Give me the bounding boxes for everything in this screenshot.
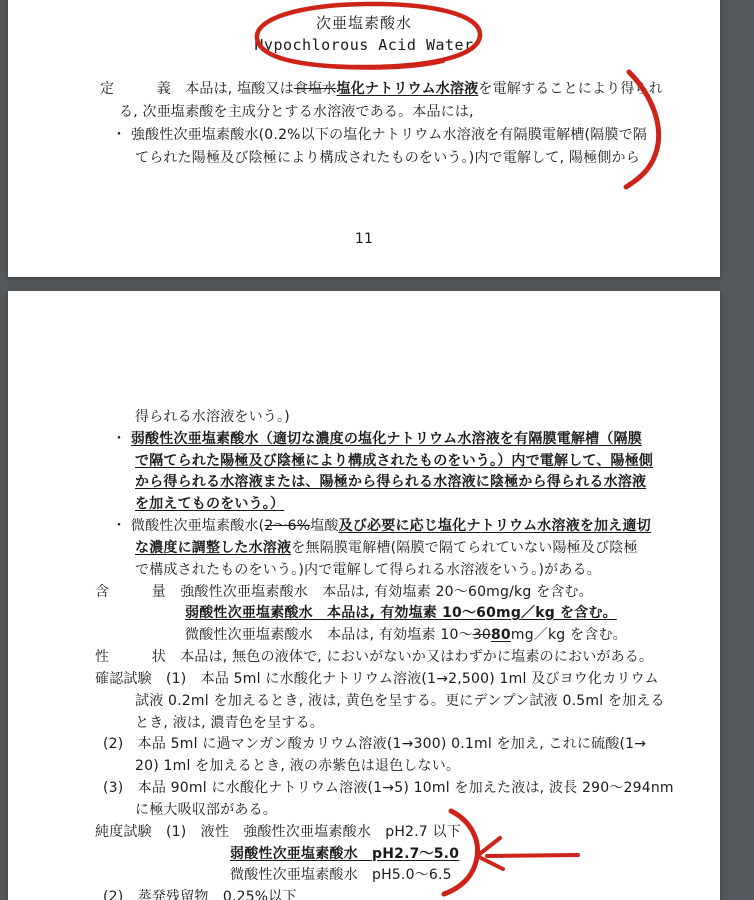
definition-line-4: てられた陽極及び陰極により構成されたものをいう。)内で電解して, 陽極側から	[135, 147, 640, 170]
definition-line-3: ・ 強酸性次亜塩素酸水(0.2%以下の塩化ナトリウム水溶液を有隔膜電解槽(隔膜で…	[112, 124, 647, 147]
confirmation-test-line: とき, 液は, 濃青色を呈する。	[135, 712, 324, 734]
page-title-english: Hypochlorous Acid Water	[8, 34, 720, 56]
purity-test-line: 微酸性次亜塩素酸水 pH5.0～6.5	[230, 864, 452, 886]
text-run: mg／kg を含む。	[511, 627, 627, 643]
inserted-text: 塩化ナトリウム水溶液	[337, 81, 479, 97]
page-title-japanese: 次亜塩素酸水	[8, 12, 720, 34]
deleted-text: 食塩水	[294, 81, 337, 97]
purity-test-line: 純度試験 (1) 液性 強酸性次亜塩素酸水 pH2.7 以下	[95, 821, 461, 843]
properties-line: 性 状 本品は, 無色の液体で, においがないか又はわずかに塩素のにおいがある。	[95, 646, 653, 668]
inserted-text: から得られる水溶液または、陽極から得られる水溶液に陰極から得られる水溶液	[135, 474, 646, 490]
inserted-text: 弱酸性次亜塩素酸水 本品は, 有効塩素 10～60mg／kg を含む。	[185, 605, 617, 621]
document-page-2: 得られる水溶液をいう。) ・ 弱酸性次亜塩素酸水（適切な濃度の塩化ナトリウム水溶…	[8, 291, 720, 900]
body-line: を加えてものをいう。）	[135, 493, 284, 515]
body-line: から得られる水溶液または、陽極から得られる水溶液に陰極から得られる水溶液	[135, 471, 646, 493]
deleted-text: 30	[473, 627, 491, 643]
inserted-text: 及び必要に応じ塩化ナトリウム水溶液を加え適切	[339, 518, 651, 534]
content-section-line: 弱酸性次亜塩素酸水 本品は, 有効塩素 10～60mg／kg を含む。	[185, 602, 617, 624]
body-line: な濃度に調整した水溶液を無隔膜電解槽(隔膜で隔てられていない陽極及び陰極	[135, 537, 638, 559]
text-run: 微酸性次亜塩素酸水 本品は, 有効塩素 10～	[185, 627, 473, 643]
confirmation-test-line: (3) 本品 90ml に水酸化ナトリウム溶液(1→5) 10ml を加えた液は…	[103, 777, 674, 799]
inserted-text: な濃度に調整した水溶液	[135, 540, 291, 556]
definition-line-2: る, 次亜塩素酸を主成分とする水溶液である。本品には,	[119, 101, 474, 124]
confirmation-test-line: 確認試験 (1) 本品 5ml に水酸化ナトリウム溶液(1→2,500) 1ml…	[95, 668, 659, 690]
confirmation-test-line: 試液 0.2ml を加えるとき, 液は, 黄色を呈する。更にデンプン試液 0.5…	[135, 690, 665, 712]
page-number: 11	[8, 228, 720, 250]
document-viewer: { "viewer": { "background_color": "#5458…	[0, 0, 754, 900]
document-page-1: 次亜塩素酸水 Hypochlorous Acid Water 定 義 本品は, …	[8, 0, 720, 277]
text-run: を電解することにより得られ	[478, 81, 663, 97]
body-line: で構成されたものをいう。)内で電解して得られる水溶液をいう。)がある。	[135, 559, 601, 581]
deleted-text: 2～6%	[264, 518, 310, 534]
body-line: 得られる水溶液をいう。)	[135, 406, 290, 428]
purity-test-line: 弱酸性次亜塩素酸水 pH2.7～5.0	[230, 843, 459, 865]
inserted-text: 弱酸性次亜塩素酸水 pH2.7～5.0	[230, 846, 459, 862]
text-run: 定 義 本品は, 塩酸又は	[100, 81, 294, 97]
body-line: ・ 微酸性次亜塩素酸水(2～6%塩酸及び必要に応じ塩化ナトリウム水溶液を加え適切	[112, 515, 651, 537]
body-line: ・ 弱酸性次亜塩素酸水（適切な濃度の塩化ナトリウム水溶液を有隔膜電解槽（隔膜	[112, 428, 642, 450]
text-run: 塩酸	[310, 518, 338, 534]
inserted-text: で隔てられた陽極及び陰極により構成されたものをいう。）内で電解して、陽極側	[135, 453, 653, 469]
content-section-line: 微酸性次亜塩素酸水 本品は, 有効塩素 10～3080mg／kg を含む。	[185, 624, 627, 646]
confirmation-test-line: に極大吸収部がある。	[135, 799, 277, 821]
text-run: ・ 微酸性次亜塩素酸水(	[112, 518, 264, 534]
inserted-text: 80	[491, 627, 511, 643]
content-section-line: 含 量 強酸性次亜塩素酸水 本品は, 有効塩素 20～60mg/kg を含む。	[95, 581, 593, 603]
confirmation-test-line: 20) 1ml を加えるとき, 液の赤紫色は退色しない。	[135, 755, 460, 777]
definition-line-1: 定 義 本品は, 塩酸又は食塩水塩化ナトリウム水溶液を電解することにより得られ	[100, 78, 663, 101]
body-line: で隔てられた陽極及び陰極により構成されたものをいう。）内で電解して、陽極側	[135, 450, 653, 472]
bullet: ・	[112, 431, 131, 447]
confirmation-test-line: (2) 本品 5ml に過マンガン酸カリウム溶液(1→300) 0.1ml を加…	[103, 733, 646, 755]
inserted-text: 弱酸性次亜塩素酸水（適切な濃度の塩化ナトリウム水溶液を有隔膜電解槽（隔膜	[131, 431, 642, 447]
purity-test-line: (2) 蒸発残留物 0.25%以下	[103, 886, 297, 900]
text-run: を無隔膜電解槽(隔膜で隔てられていない陽極及び陰極	[291, 540, 637, 556]
inserted-text: を加えてものをいう。）	[135, 496, 284, 512]
